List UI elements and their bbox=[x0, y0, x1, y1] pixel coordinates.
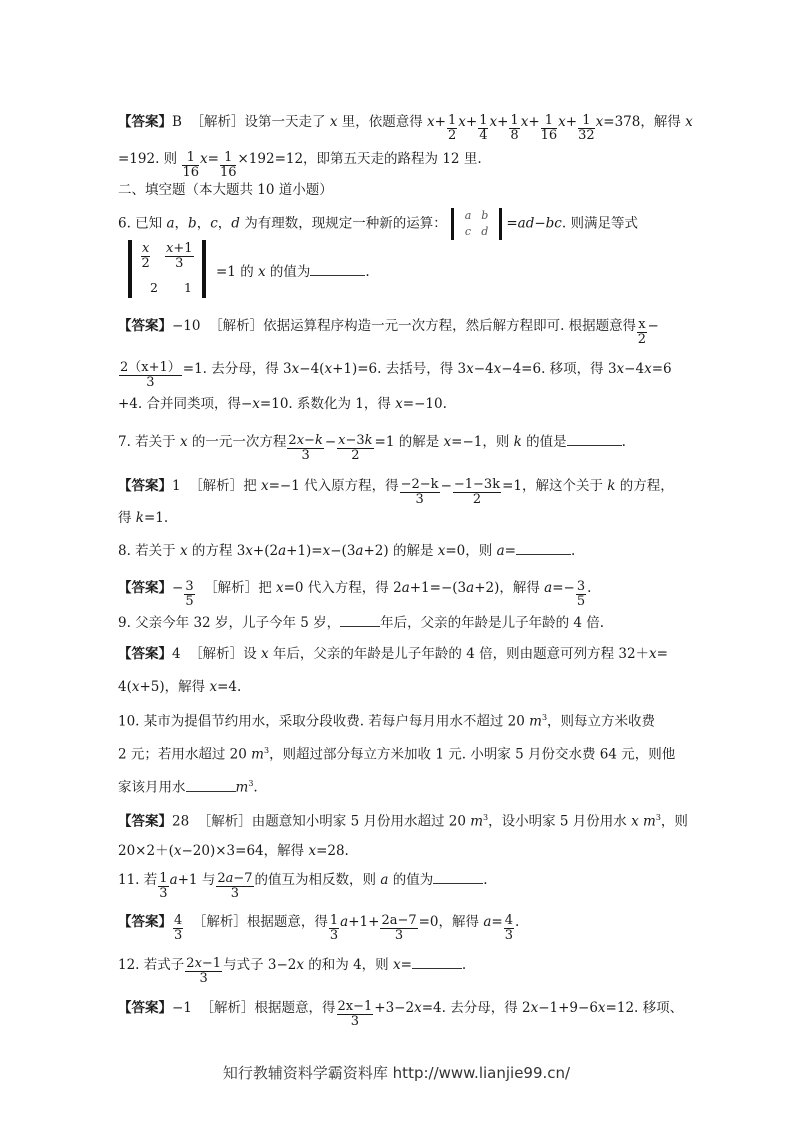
determinant-small: abcd bbox=[451, 208, 503, 240]
question-7-answer-line-1: 【答案】1 ［解析］把 x=−1 代入原方程，得−2−k3−−1−3k2=1，解… bbox=[118, 472, 678, 501]
answer-blank[interactable] bbox=[310, 263, 365, 276]
question-6-line-2: =1 的 x 的值为. bbox=[216, 262, 776, 282]
question-8-answer: 【答案】−35 ［解析］把 x=0 代入方程，得 2a+1=−(3a+2)，解得… bbox=[118, 574, 678, 603]
document-page: 【答案】B ［解析］设第一天走了 x 里，依题意得 x+12x+14x+18x+… bbox=[0, 0, 793, 1122]
footer-watermark: 知行教辅资料学霸资料库 http://www.lianjie99.cn/ bbox=[0, 1062, 793, 1083]
answer-blank[interactable] bbox=[186, 779, 236, 792]
question-8: 8. 若关于 x 的方程 3x+(2a+1)=x−(3a+2) 的解是 x=0，… bbox=[118, 541, 678, 561]
question-6-line-1: 6. 已知 a，b，c，d 为有理数，现规定一种新的运算：abcd=ad−bc.… bbox=[118, 208, 678, 240]
answer-value: B bbox=[172, 114, 182, 130]
answer-blank[interactable] bbox=[340, 614, 380, 627]
question-6-answer-line-2: 2（x+1）3=1. 去分母，得 3x−4(x+1)=6. 去括号，得 3x−4… bbox=[118, 355, 678, 384]
analysis-label: ［解析］ bbox=[191, 114, 245, 130]
question-10-line-1: 10. 某市为提倡节约用水，采取分段收费. 若每户每月用水不超过 20 m3，则… bbox=[118, 708, 678, 732]
question-7-answer-line-2: 得 k=1. bbox=[118, 508, 678, 528]
q5-answer-line-2: =192. 则 116x=116×192=12，即第五天走的路程为 12 里. bbox=[118, 145, 678, 174]
question-9-answer-line-1: 【答案】4 ［解析］设 x 年后，父亲的年龄是儿子年龄的 4 倍，则由题意可列方… bbox=[118, 644, 678, 664]
q5-answer-line-1: 【答案】B ［解析］设第一天走了 x 里，依题意得 x+12x+14x+18x+… bbox=[118, 108, 678, 137]
question-7: 7. 若关于 x 的一元一次方程2x−k3−x−3k2=1 的解是 x=−1，则… bbox=[118, 428, 678, 457]
question-10-line-3: 家该月用水m3. bbox=[118, 774, 678, 798]
question-10-answer-line-1: 【答案】28 ［解析］由题意知小明家 5 月份用水超过 20 m3，设小明家 5… bbox=[118, 808, 678, 832]
section-title: 二、填空题（本大题共 10 道小题） bbox=[118, 180, 678, 200]
answer-label: 【答案】 bbox=[118, 114, 172, 130]
question-10-line-2: 2 元；若用水超过 20 m3，则超过部分每立方米加收 1 元. 小明家 5 月… bbox=[118, 741, 678, 765]
question-12-answer: 【答案】−1 ［解析］根据题意，得2x−13+3−2x=4. 去分母，得 2x−… bbox=[118, 994, 678, 1023]
answer-blank[interactable] bbox=[516, 542, 571, 555]
question-10-answer-line-2: 20×2＋(x−20)×3=64，解得 x=28. bbox=[118, 841, 678, 861]
question-9-answer-line-2: 4(x+5)，解得 x=4. bbox=[118, 677, 678, 697]
question-6-answer-line-3: +4. 合并同类项，得−x=10. 系数化为 1，得 x=−10. bbox=[118, 394, 678, 414]
answer-blank[interactable] bbox=[433, 871, 483, 884]
answer-blank[interactable] bbox=[412, 956, 462, 969]
answer-blank[interactable] bbox=[567, 433, 622, 446]
question-11-answer: 【答案】43 ［解析］根据题意，得13a+1+2a−73=0，解得 a=43. bbox=[118, 908, 678, 937]
question-6-answer-line-1: 【答案】−10 ［解析］依据运算程序构造一元一次方程，然后解方程即可. 根据题意… bbox=[118, 312, 678, 341]
determinant-big: x2 x+13 2 1 bbox=[128, 240, 206, 298]
question-9: 9. 父亲今年 32 岁，儿子今年 5 岁，年后，父亲的年龄是儿子年龄的 4 倍… bbox=[118, 613, 678, 633]
question-12: 12. 若式子2x−13与式子 3−2x 的和为 4，则 x=. bbox=[118, 951, 678, 980]
question-11: 11. 若13a+1 与2a−73的值互为相反数，则 a 的值为. bbox=[118, 866, 678, 895]
